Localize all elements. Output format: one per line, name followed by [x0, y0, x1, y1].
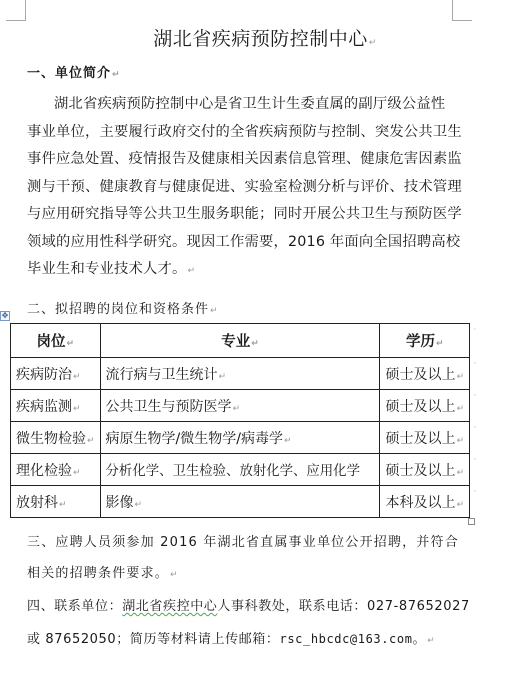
- row-end-mark-icon: ◦: [473, 326, 477, 333]
- cell-text: 疾病监测: [16, 399, 72, 415]
- cell-end-mark-icon: ↵: [73, 372, 81, 382]
- cell-end-mark-icon: ↵: [59, 500, 67, 510]
- cell-end-mark-icon: ↵: [251, 339, 259, 349]
- table-row: 放射科↵ 影像↵ 本科及以上↵: [11, 486, 470, 518]
- paragraph-line: 领域的应用性科学研究。现因工作需要，2016 年面向全国招聘高校: [27, 229, 457, 257]
- cell-end-mark-icon: ↵: [456, 468, 464, 478]
- table-header-row: 岗位↵ 专业↵ 学历↵: [11, 324, 470, 358]
- cell-end-mark-icon: ↵: [87, 436, 95, 446]
- cell-end-mark-icon: ↵: [284, 436, 292, 446]
- contact-line2-suffix: 。: [413, 632, 427, 647]
- cell-education: 硕士及以上↵: [380, 422, 470, 454]
- cell-major: 公共卫生与预防医学↵: [100, 390, 380, 422]
- row-end-mark-icon: ◦: [473, 424, 477, 431]
- cell-end-mark-icon: ↵: [456, 372, 464, 382]
- cell-text: 硕士及以上: [385, 463, 455, 479]
- paragraph-line: 四、联系单位：湖北省疾控中心人事科教处，联系电话：027-87652027: [27, 590, 470, 623]
- cell-text: 学历: [406, 334, 435, 350]
- cell-major: 病原生物学/微生物学/病毒学↵: [100, 422, 380, 454]
- cell-end-mark-icon: ↵: [73, 404, 81, 414]
- cell-end-mark-icon: ↵: [436, 339, 444, 349]
- page-crop-mark-top-left: [6, 0, 26, 21]
- cell-position: 微生物检验↵: [11, 422, 101, 454]
- cell-text: 病原生物学/微生物学/病毒学: [106, 431, 283, 447]
- intro-paragraph: 湖北省疾病预防控制中心是省卫生计生委直属的副厅级公益性 事业单位，主要履行政府交…: [27, 91, 457, 286]
- cell-major: 影像↵: [100, 486, 380, 518]
- contact-email: rsc_hbcdc@163.com: [280, 632, 413, 646]
- cell-education: 硕士及以上↵: [380, 454, 470, 486]
- cell-end-mark-icon: ↵: [135, 500, 143, 510]
- row-end-mark-icon: ◦: [473, 392, 477, 399]
- table-row: 理化检验↵ 分析化学、卫生检验、放射化学、应用化学 硕士及以上↵: [11, 454, 470, 486]
- contact-unit-text: 湖北省疾控中心: [122, 599, 217, 614]
- cell-major: 流行病与卫生统计↵: [100, 358, 380, 390]
- cell-text: 影像: [106, 495, 134, 511]
- paragraph-line: 湖北省疾病预防控制中心是省卫生计生委直属的副厅级公益性: [27, 91, 457, 119]
- section-heading-positions: 二、拟招聘的岗位和资格条件↵: [27, 298, 219, 317]
- paragraph-mark-icon: ↵: [369, 38, 377, 48]
- paragraph-mark-icon: ↵: [112, 70, 121, 80]
- positions-table: 岗位↵ 专业↵ 学历↵ 疾病防治↵ 流行病与卫生统计↵ 硕士及以上↵ 疾病监测↵…: [10, 323, 470, 518]
- paragraph-line: 毕业生和专业技术人才。↵: [27, 256, 457, 286]
- paragraph-mark-icon: ↵: [427, 636, 435, 646]
- paragraph-line: 三、应聘人员须参加 2016 年湖北省直属事业单位公开招聘，并符合: [27, 527, 459, 558]
- cell-text: 硕士及以上: [385, 431, 455, 447]
- cell-position: 疾病防治↵: [11, 358, 101, 390]
- cell-text: 公共卫生与预防医学: [106, 399, 232, 415]
- cell-text: 理化检验: [16, 463, 72, 479]
- cell-text: 疾病防治: [16, 367, 72, 383]
- page-crop-mark-top-right: [452, 0, 472, 21]
- paragraph-mark-icon: ↵: [210, 306, 219, 316]
- paragraph-line: 事业单位，主要履行政府交付的全省疾病预防与控制、突发公共卫生: [27, 119, 457, 147]
- paragraph-line: 与应用研究指导等公共卫生服务职能；同时开展公共卫生与预防医学: [27, 201, 457, 229]
- header-position: 岗位↵: [11, 324, 101, 358]
- heading-text: 一、单位简介: [27, 66, 111, 81]
- section-contact: 四、联系单位：湖北省疾控中心人事科教处，联系电话：027-87652027 或 …: [27, 590, 470, 658]
- header-education: 学历↵: [380, 324, 470, 358]
- paragraph-line: 或 87652050；简历等材料请上传邮箱：rsc_hbcdc@163.com。…: [27, 623, 470, 658]
- document-title: 湖北省疾病预防控制中心↵: [0, 24, 510, 51]
- cell-position: 放射科↵: [11, 486, 101, 518]
- line-text: 相关的招聘条件要求。: [27, 566, 169, 581]
- cell-text: 流行病与卫生统计: [106, 367, 218, 383]
- cell-major: 分析化学、卫生检验、放射化学、应用化学: [100, 454, 380, 486]
- cell-education: 本科及以上↵: [380, 486, 470, 518]
- cell-text: 本科及以上: [385, 495, 455, 511]
- cell-text: 专业: [221, 334, 250, 350]
- cell-end-mark-icon: ↵: [456, 500, 464, 510]
- cell-text: 微生物检验: [16, 431, 86, 447]
- cell-text: 岗位: [37, 334, 66, 350]
- cell-education: 硕士及以上↵: [380, 358, 470, 390]
- contact-line2-prefix: 或 87652050；简历等材料请上传邮箱：: [27, 632, 280, 647]
- paragraph-line: 事件应急处置、疫情报告及健康相关因素信息管理、健康危害因素监: [27, 146, 457, 174]
- cell-end-mark-icon: ↵: [67, 339, 75, 349]
- cell-position: 理化检验↵: [11, 454, 101, 486]
- title-text: 湖北省疾病预防控制中心: [153, 28, 368, 50]
- paragraph-mark-icon: ↵: [187, 266, 195, 276]
- section-heading-intro: 一、单位简介↵: [27, 62, 121, 81]
- table-row: 疾病防治↵ 流行病与卫生统计↵ 硕士及以上↵: [11, 358, 470, 390]
- section-requirements: 三、应聘人员须参加 2016 年湖北省直属事业单位公开招聘，并符合 相关的招聘条…: [27, 527, 459, 591]
- cell-end-mark-icon: ↵: [456, 404, 464, 414]
- row-end-mark-icon: ◦: [473, 488, 477, 495]
- cell-position: 疾病监测↵: [11, 390, 101, 422]
- cell-text: 分析化学、卫生检验、放射化学、应用化学: [106, 464, 360, 479]
- paragraph-line: 测与干预、健康教育与健康促进、实验室检测分析与评价、技术管理: [27, 174, 457, 202]
- cell-end-mark-icon: ↵: [73, 468, 81, 478]
- cell-end-mark-icon: ↵: [233, 404, 241, 414]
- cell-text: 硕士及以上: [385, 367, 455, 383]
- cell-text: 放射科: [16, 495, 58, 511]
- table-row: 微生物检验↵ 病原生物学/微生物学/病毒学↵ 硕士及以上↵: [11, 422, 470, 454]
- cell-end-mark-icon: ↵: [219, 372, 227, 382]
- paragraph-line: 相关的招聘条件要求。↵: [27, 558, 459, 591]
- table-resize-handle[interactable]: [468, 518, 475, 525]
- table-row: 疾病监测↵ 公共卫生与预防医学↵ 硕士及以上↵: [11, 390, 470, 422]
- contact-phone-text: 人事科教处，联系电话：027-87652027: [217, 599, 469, 614]
- header-major: 专业↵: [100, 324, 380, 358]
- cell-text: 硕士及以上: [385, 399, 455, 415]
- paragraph-mark-icon: ↵: [170, 570, 179, 580]
- cell-end-mark-icon: ↵: [456, 436, 464, 446]
- line-text: 毕业生和专业技术人才。: [27, 261, 186, 277]
- row-end-mark-icon: ◦: [473, 360, 477, 367]
- cell-education: 硕士及以上↵: [380, 390, 470, 422]
- contact-prefix: 四、联系单位：: [27, 599, 122, 614]
- heading-text: 二、拟招聘的岗位和资格条件: [27, 302, 209, 317]
- table-move-handle-icon[interactable]: ✥: [0, 311, 10, 321]
- row-end-mark-icon: ◦: [473, 456, 477, 463]
